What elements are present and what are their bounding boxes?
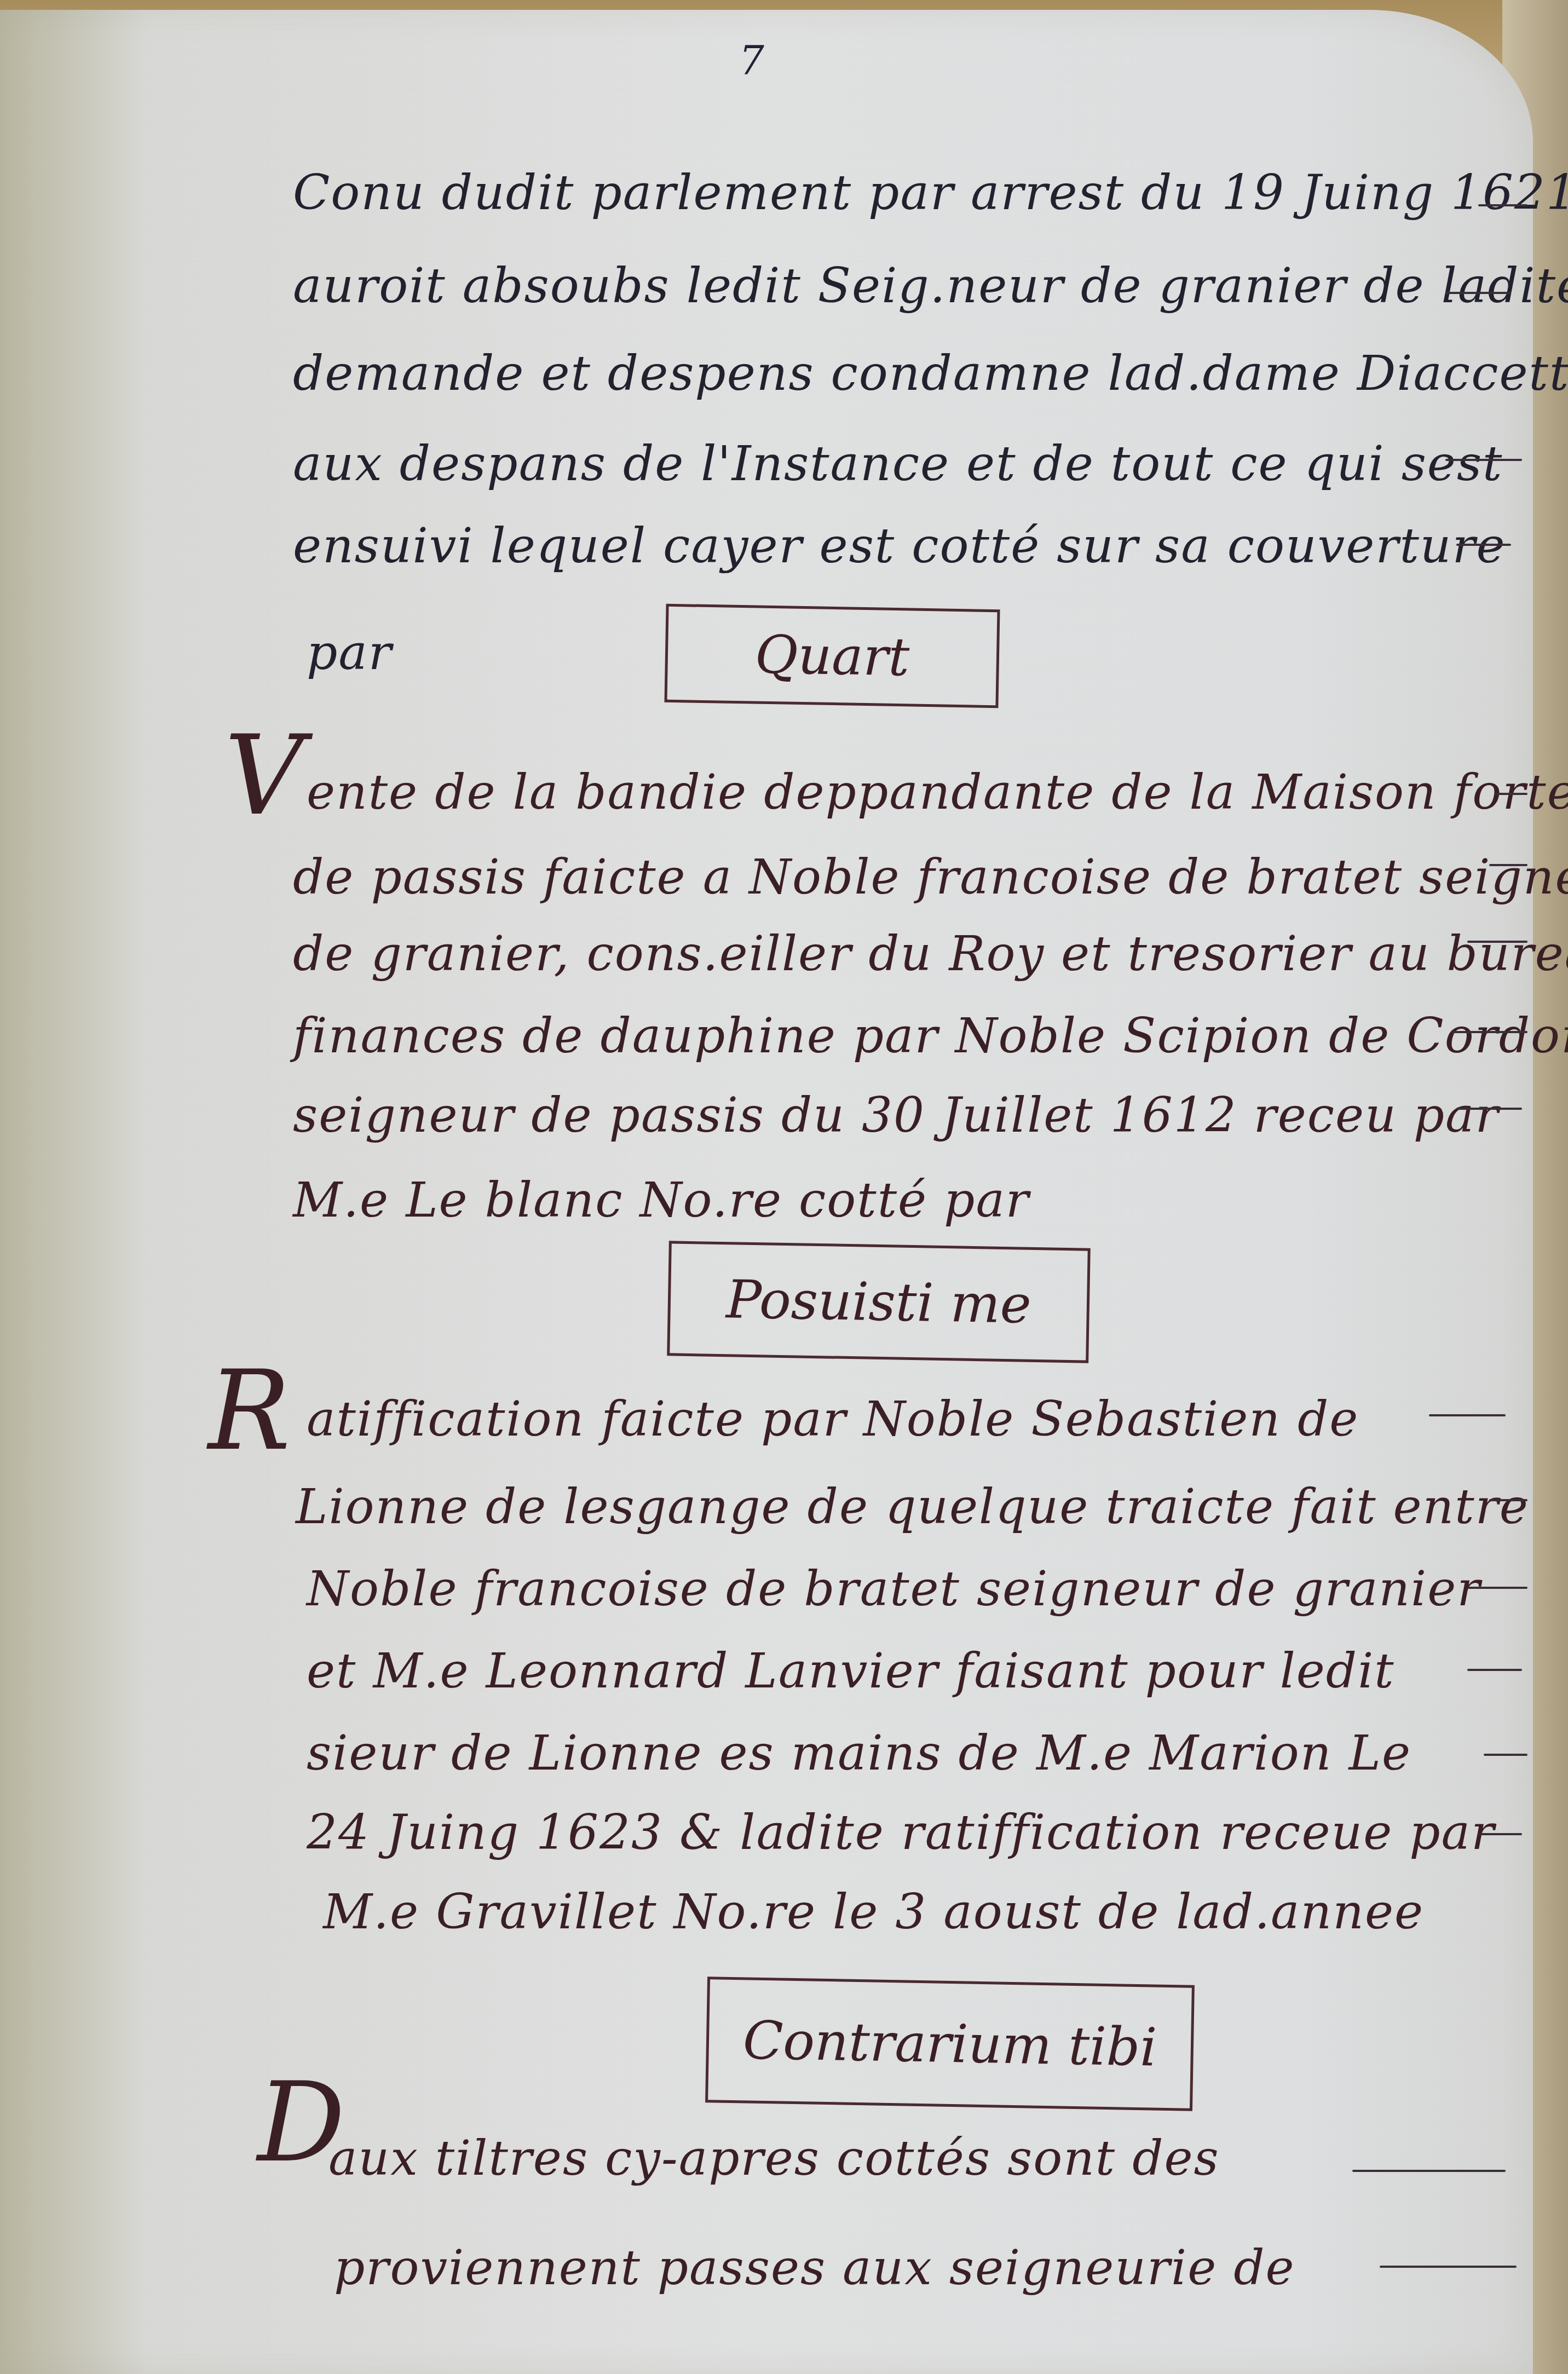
manuscript-page: 7 Conu dudit parlement par arrest du 19 … <box>0 10 1533 2374</box>
text-line: ente de la bandie deppandante de la Mais… <box>307 768 1568 816</box>
text-line: ensuivi lequel cayer est cotté sur sa co… <box>293 522 1506 570</box>
line-filler <box>1467 941 1527 943</box>
line-filler <box>1445 292 1511 294</box>
line-filler <box>1467 1587 1527 1589</box>
text-line: 24 Juing 1623 & ladite ratiffication rec… <box>307 1808 1495 1857</box>
text-line: Noble francoise de bratet seigneur de gr… <box>307 1565 1481 1613</box>
text-line: M.e Gravillet No.re le 3 aoust de lad.an… <box>323 1888 1424 1936</box>
text-line: M.e Le blanc No.re cotté par <box>293 1176 1030 1224</box>
text-line: Lionne de lesgange de quelque traicte fa… <box>296 1483 1529 1531</box>
text-line: Conu dudit parlement par arrest du 19 Ju… <box>293 169 1568 217</box>
line-filler <box>1429 1414 1506 1416</box>
line-filler <box>1456 1108 1522 1110</box>
marginal-label-box: Quart <box>664 604 1000 708</box>
line-filler <box>1478 1833 1522 1835</box>
line-filler <box>1445 459 1522 461</box>
line-filler <box>1380 2266 1517 2268</box>
line-filler <box>1489 864 1527 866</box>
line-filler <box>1495 793 1527 795</box>
line-filler <box>1484 1754 1527 1756</box>
text-line: par <box>307 629 393 677</box>
text-line: auroit absoubs ledit Seig.neur de granie… <box>293 262 1568 310</box>
text-line: de granier, cons.eiller du Roy et tresor… <box>293 930 1568 978</box>
folio-number: 7 <box>739 37 764 83</box>
text-line: finances de dauphine par Noble Scipion d… <box>293 1012 1568 1060</box>
text-line: demande et despens condamne lad.dame Dia… <box>293 349 1568 397</box>
line-filler <box>1451 1031 1527 1033</box>
text-line: atiffication faicte par Noble Sebastien … <box>307 1395 1359 1443</box>
text-line: et M.e Leonnard Lanvier faisant pour led… <box>307 1647 1395 1695</box>
text-line: proviennent passes aux seigneurie de <box>334 2244 1295 2292</box>
decorated-initial: V <box>224 722 303 831</box>
marginal-label-box: Contrarium tibi <box>705 1977 1195 2111</box>
line-filler <box>1489 1499 1527 1501</box>
marginal-label-box: Posuisti me <box>667 1241 1091 1363</box>
text-line: aux despans de l'Instance et de tout ce … <box>293 440 1503 488</box>
line-filler <box>1352 2170 1506 2172</box>
text-line: seigneur de passis du 30 Juillet 1612 re… <box>293 1091 1500 1139</box>
line-filler <box>1456 544 1511 546</box>
text-line: aux tiltres cy-apres cottés sont des <box>328 2134 1220 2182</box>
text-line: sieur de Lionne es mains de M.e Marion L… <box>307 1729 1411 1777</box>
decorated-initial: R <box>208 1357 291 1466</box>
line-filler <box>1478 204 1527 206</box>
line-filler <box>1467 1669 1522 1671</box>
text-line: de passis faicte a Noble francoise de br… <box>293 853 1568 901</box>
